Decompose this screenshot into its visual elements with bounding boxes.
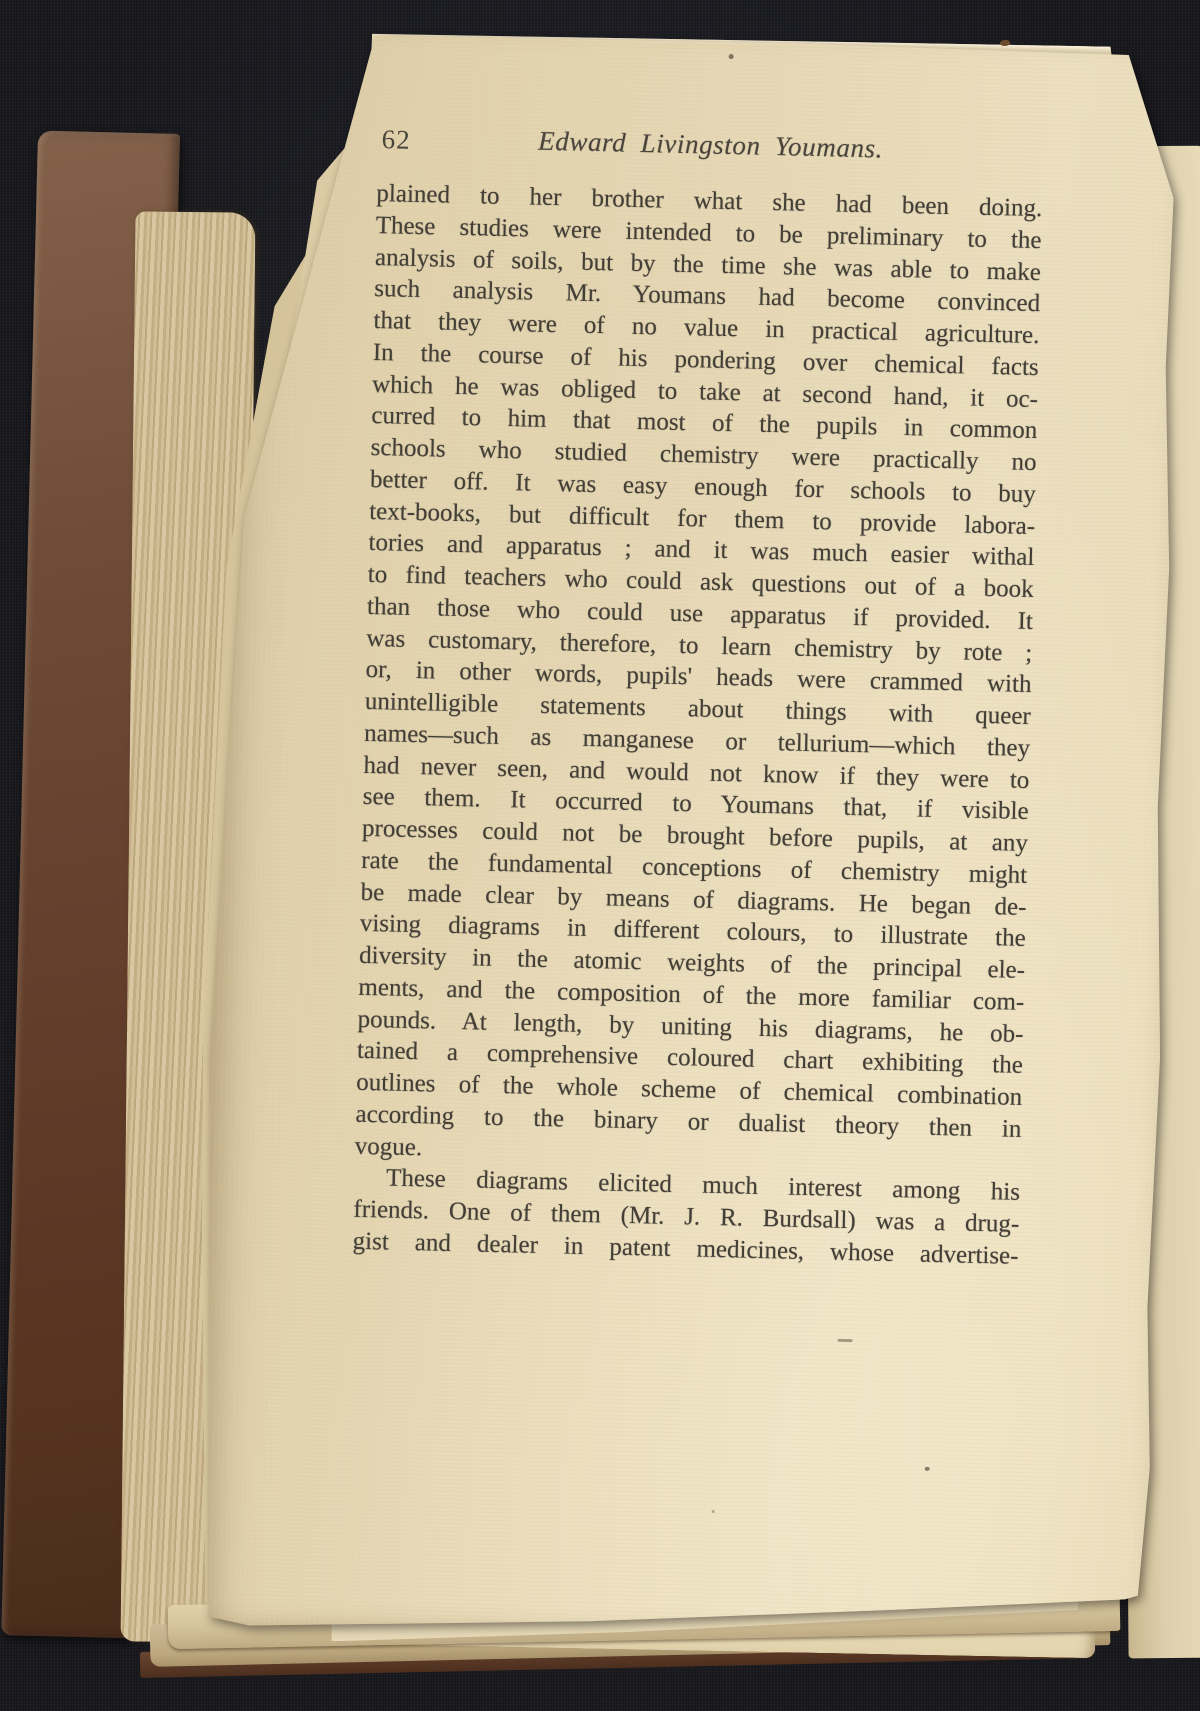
running-header: Edward Livingston Youmans. bbox=[377, 122, 1044, 168]
ink-speck bbox=[925, 1467, 930, 1471]
body-text: plained to her brother what she had been… bbox=[352, 178, 1042, 1272]
photo-scene: 62 Edward Livingston Youmans. plained to… bbox=[0, 0, 1200, 1711]
debris-fleck bbox=[1000, 40, 1010, 46]
ink-speck bbox=[712, 1510, 715, 1513]
page-header: 62 Edward Livingston Youmans. bbox=[377, 122, 1044, 179]
ink-speck bbox=[838, 1339, 853, 1342]
main-page: 62 Edward Livingston Youmans. plained to… bbox=[189, 27, 1193, 1653]
page-content: 62 Edward Livingston Youmans. plained to… bbox=[189, 27, 1193, 1653]
ink-speck bbox=[729, 54, 734, 59]
